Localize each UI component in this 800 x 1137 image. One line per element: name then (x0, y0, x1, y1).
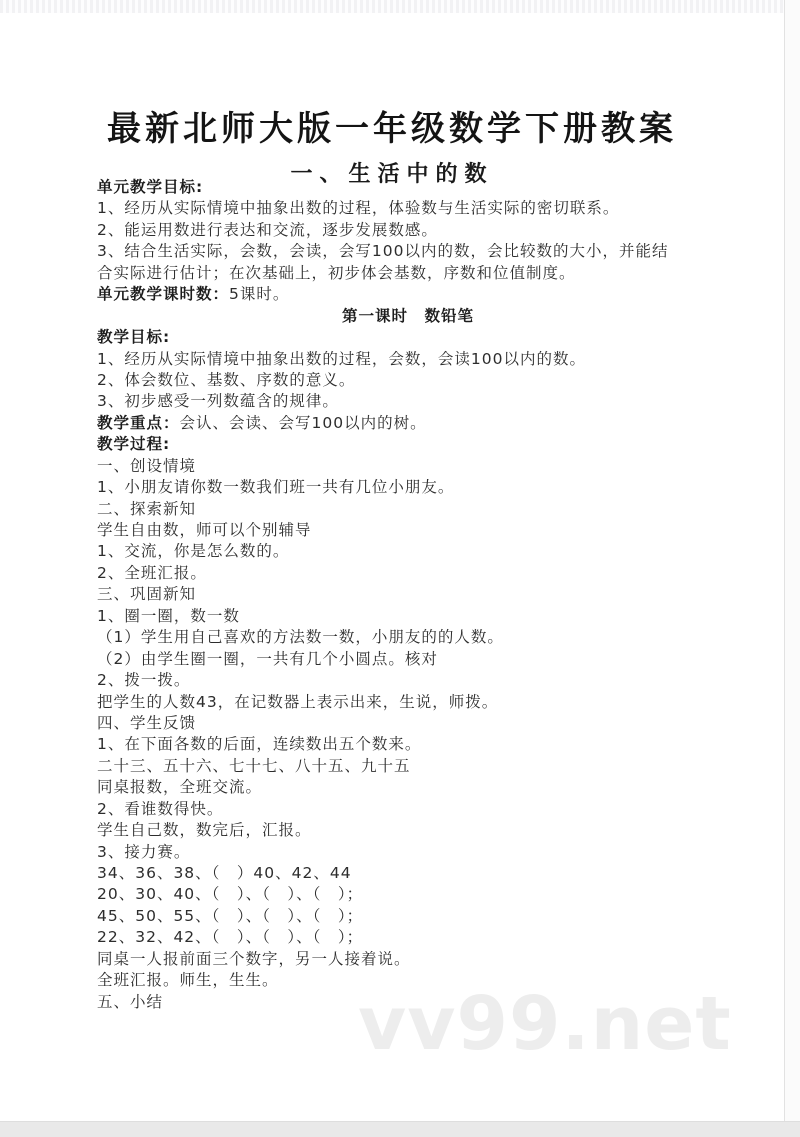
text-line: 1、圈一圈，数一数 (97, 606, 719, 627)
scan-top-edge (0, 0, 784, 13)
text-line: 单元教学目标: (97, 177, 719, 198)
line-text: 会认、会读、会写100以内的树。 (180, 414, 427, 432)
line-text: 5课时。 (229, 285, 289, 303)
text-line: 1、经历从实际情境中抽象出数的过程，会数，会读100以内的数。 (97, 349, 719, 370)
text-line: 1、小朋友请你数一数我们班一共有几位小朋友。 (97, 477, 719, 498)
text-line: （2）由学生圈一圈，一共有几个小圆点。核对 (97, 649, 719, 670)
text-line: 教学过程: (97, 434, 719, 455)
text-line: 第一课时 数铅笔 (97, 306, 719, 327)
text-line: 同桌一人报前面三个数字，另一人接着说。 (97, 949, 719, 970)
text-line: 1、在下面各数的后面，连续数出五个数来。 (97, 734, 719, 755)
text-line: 2、看谁数得快。 (97, 799, 719, 820)
text-line: 五、小结 (97, 992, 719, 1013)
document-body: 单元教学目标:1、经历从实际情境中抽象出数的过程，体验数与生活实际的密切联系。2… (97, 177, 719, 1013)
text-line: 教学目标: (97, 327, 719, 348)
text-line: 四、学生反馈 (97, 713, 719, 734)
text-line: 2、拨一拨。 (97, 670, 719, 691)
text-line: 2、能运用数进行表达和交流，逐步发展数感。 (97, 220, 719, 241)
page-bottom-edge (0, 1121, 800, 1137)
text-line: 三、巩固新知 (97, 584, 719, 605)
text-line: 二十三、五十六、七十七、八十五、九十五 (97, 756, 719, 777)
text-line: 二、探索新知 (97, 499, 719, 520)
text-line: 2、全班汇报。 (97, 563, 719, 584)
line-label: 单元教学课时数： (97, 285, 229, 303)
text-line: 单元教学课时数：5课时。 (97, 284, 719, 305)
text-line: 1、交流，你是怎么数的。 (97, 541, 719, 562)
text-line: 22、32、42、（ ）、（ ）、（ ）； (97, 927, 719, 948)
line-label: 教学重点： (97, 414, 180, 432)
text-line: 教学重点：会认、会读、会写100以内的树。 (97, 413, 719, 434)
document-title: 最新北师大版一年级数学下册教案 (0, 101, 784, 150)
text-line: 3、结合生活实际，会数，会读，会写100以内的数，会比较数的大小，并能结 (97, 241, 719, 262)
text-line: 2、体会数位、基数、序数的意义。 (97, 370, 719, 391)
text-line: 全班汇报。师生，生生。 (97, 970, 719, 991)
text-line: 20、30、40、（ ）、（ ）、（ ）； (97, 884, 719, 905)
page-right-edge (784, 0, 800, 1122)
text-line: 34、36、38、（ ）40、42、44 (97, 863, 719, 884)
text-line: 学生自由数，师可以个别辅导 (97, 520, 719, 541)
text-line: 1、经历从实际情境中抽象出数的过程，体验数与生活实际的密切联系。 (97, 198, 719, 219)
text-line: 3、初步感受一列数蕴含的规律。 (97, 391, 719, 412)
text-line: 合实际进行估计；在次基础上，初步体会基数，序数和位值制度。 (97, 263, 719, 284)
text-line: 把学生的人数43，在记数器上表示出来，生说，师拨。 (97, 692, 719, 713)
text-line: 45、50、55、（ ）、（ ）、（ ）； (97, 906, 719, 927)
text-line: 同桌报数，全班交流。 (97, 777, 719, 798)
document-page: vv99.net 最新北师大版一年级数学下册教案 一、生活中的数 单元教学目标:… (0, 0, 800, 1137)
text-line: 学生自己数，数完后，汇报。 (97, 820, 719, 841)
text-line: 一、创设情境 (97, 456, 719, 477)
text-line: 3、接力赛。 (97, 842, 719, 863)
text-line: （1）学生用自己喜欢的方法数一数，小朋友的的人数。 (97, 627, 719, 648)
